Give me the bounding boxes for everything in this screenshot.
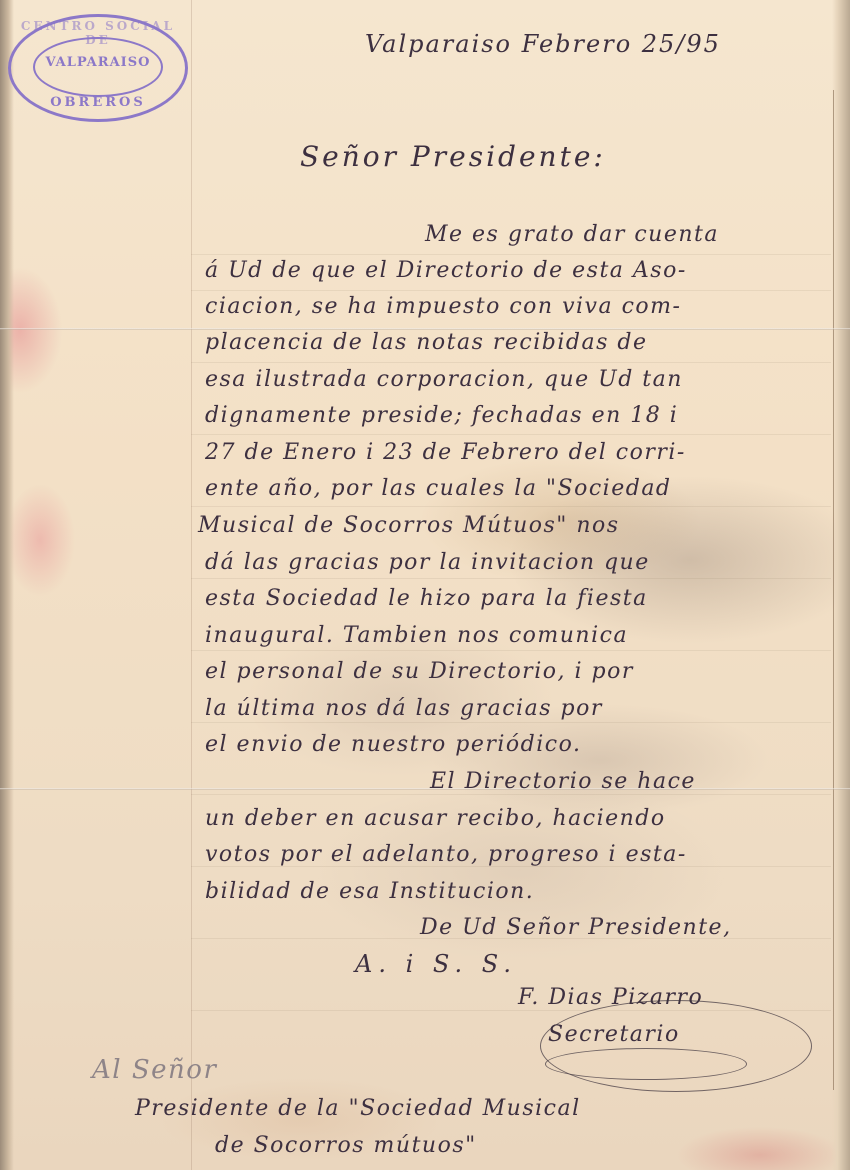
body-line: esta Sociedad le hizo para la fiesta	[205, 586, 648, 611]
ruled-line	[191, 506, 831, 507]
ruled-line	[191, 290, 831, 291]
stamp-center-text: VALPARAISO	[11, 55, 185, 70]
addressee-line-1: Al Señor	[92, 1055, 217, 1085]
stamp-arc-top: CENTRO SOCIAL DE	[11, 19, 185, 47]
body-line: ente año, por las cuales la "Sociedad	[205, 476, 672, 501]
body-line: votos por el adelanto, progreso i esta-	[205, 842, 687, 867]
ruled-line	[191, 434, 831, 435]
body-line: un deber en acusar recibo, haciendo	[205, 806, 666, 831]
ruled-line	[191, 578, 831, 579]
body-line: Me es grato dar cuenta	[425, 222, 719, 247]
right-margin-line	[833, 90, 834, 1090]
body-line: dignamente preside; fechadas en 18 i	[205, 403, 678, 428]
body-line: 27 de Enero i 23 de Febrero del corri-	[205, 440, 686, 465]
body-line: Musical de Socorros Mútuos" nos	[198, 513, 620, 538]
body-line: á Ud de que el Directorio de esta Aso-	[205, 258, 687, 283]
body-line: el personal de su Directorio, i por	[205, 659, 634, 684]
body-line: bilidad de esa Institucion.	[205, 879, 534, 904]
body-line: ciacion, se ha impuesto con viva com-	[205, 294, 681, 319]
page-left-edge	[0, 0, 14, 1170]
addressee-line-2: Presidente de la "Sociedad Musical	[135, 1096, 581, 1121]
ruled-line	[191, 254, 831, 255]
body-line: la última nos dá las gracias por	[205, 696, 603, 721]
paper-fold	[0, 788, 850, 790]
body-line: placencia de las notas recibidas de	[205, 330, 648, 355]
page-right-edge	[832, 0, 850, 1170]
body-line: el envio de nuestro periódico.	[205, 732, 581, 757]
letter-page: CENTRO SOCIAL DE VALPARAISO OBREROS Valp…	[0, 0, 850, 1170]
ruled-line	[191, 362, 831, 363]
ruled-line	[191, 722, 831, 723]
ruled-line	[191, 650, 831, 651]
closing-abbrev: A. i S. S.	[355, 950, 517, 978]
closing-line: De Ud Señor Presidente,	[420, 915, 732, 940]
salutation: Señor Presidente:	[300, 140, 606, 173]
body-line: inaugural. Tambien nos comunica	[205, 623, 628, 648]
stamp-arc-bottom: OBREROS	[11, 95, 185, 110]
addressee-line-3: de Socorros mútuos"	[215, 1133, 477, 1158]
body-line: El Directorio se hace	[430, 769, 696, 794]
body-line: esa ilustrada corporacion, que Ud tan	[205, 367, 683, 392]
ruled-line	[191, 794, 831, 795]
body-line: dá las gracias por la invitacion que	[205, 550, 650, 575]
place-date: Valparaiso Febrero 25/95	[365, 30, 721, 58]
institution-stamp: CENTRO SOCIAL DE VALPARAISO OBREROS	[8, 14, 188, 122]
left-margin-line	[191, 0, 192, 1170]
signature-flourish	[545, 1048, 747, 1080]
